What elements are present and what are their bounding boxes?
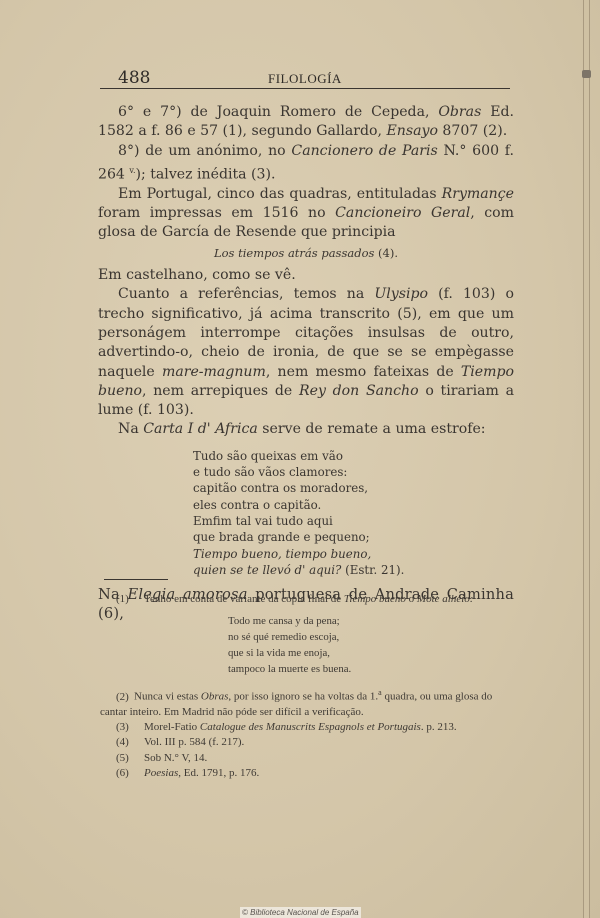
footnote-1: (1)Tenho em conta de variante da copla f… (100, 592, 518, 607)
footnote-4: (4)Vol. III p. 584 (f. 217). (100, 735, 518, 750)
footnote-6: (6)Poesias, Ed. 1791, p. 176. (100, 766, 518, 781)
verse-line: tampoco la muerte es buena. (228, 661, 518, 677)
body-text: 6° e 7°) de Joaquin Romero de Cepeda, Ob… (98, 103, 514, 624)
page-header: 488 FILOLOGÍA (118, 68, 510, 90)
verse-line: Tiempo bueno, tiempo bueno, (193, 546, 514, 562)
quoted-incipit: Los tiempos atrás passados (4). (98, 244, 514, 263)
verse-line: que brada grande e pequeno; (193, 529, 514, 545)
verse-line: capitão contra os moradores, (193, 480, 514, 496)
verse-line: que si la vida me enoja, (228, 645, 518, 661)
verse-stanza: Tudo são queixas em vão e tudo são vãos … (193, 448, 514, 578)
paragraph-carta: Na Carta I d' Africa serve de remate a u… (98, 420, 514, 439)
footnote-rule (104, 579, 168, 580)
verse-line: quien se te llevó d' aqui? (Estr. 21). (193, 562, 514, 578)
paragraph-referencias: Cuanto a referências, temos na Ulysipo (… (98, 285, 514, 420)
running-title: FILOLOGÍA (268, 71, 342, 87)
footnote-5: (5)Sob N.° V, 14. (100, 751, 518, 766)
verse-line: e tudo são vãos clamores: (193, 464, 514, 480)
verse-line: Emfim tal vai tudo aqui (193, 513, 514, 529)
verse-line: no sé qué remedio escoja, (228, 629, 518, 645)
paragraph-8: 8°) de um anónimo, no Cancionero de Pari… (98, 142, 514, 185)
verse-line: Todo me cansa y da pena; (228, 613, 518, 629)
footnotes: (1)Tenho em conta de variante da copla f… (100, 592, 518, 781)
copyright-watermark: © Biblioteca Nacional de España (240, 907, 361, 918)
paragraph-portugal: Em Portugal, cinco das quadras, entitula… (98, 185, 514, 243)
book-gutter (583, 0, 590, 918)
footnote-verse: Todo me cansa y da pena; no sé qué remed… (228, 613, 518, 677)
verse-line: eles contra o capitão. (193, 497, 514, 513)
paragraph-castelhano: Em castelhano, como se vê. (98, 266, 514, 285)
paragraph-6-7: 6° e 7°) de Joaquin Romero de Cepeda, Ob… (98, 103, 514, 142)
header-rule (100, 88, 510, 89)
footnote-2: (2)Nunca vi estas Obras, por isso ignoro… (100, 685, 518, 720)
verse-line: Tudo são queixas em vão (193, 448, 514, 464)
binding-clip (582, 70, 591, 78)
footnote-3: (3)Morel-Fatio Catalogue des Manuscrits … (100, 720, 518, 735)
page-number: 488 (118, 68, 150, 88)
